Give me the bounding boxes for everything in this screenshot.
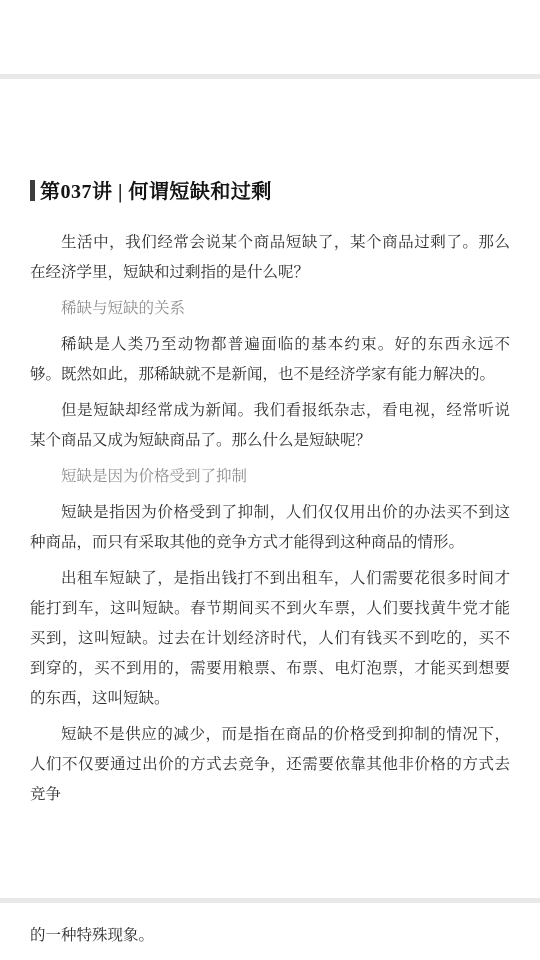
section-subheading: 短缺是因为价格受到了抑制 <box>30 462 510 492</box>
title-accent-bar <box>30 180 35 201</box>
continuation-paragraph: 的一种特殊现象。 <box>30 921 510 951</box>
body-paragraph: 短缺是指因为价格受到了抑制，人们仅仅用出价的办法买不到这种商品，而只有采取其他的… <box>30 498 510 558</box>
body-paragraph: 出租车短缺了，是指出钱打不到出租车，人们需要花很多时间才能打到车，这叫短缺。春节… <box>30 564 510 714</box>
body-paragraph: 生活中，我们经常会说某个商品短缺了，某个商品过剩了。那么在经济学里，短缺和过剩指… <box>30 228 510 288</box>
body-paragraph: 但是短缺却经常成为新闻。我们看报纸杂志，看电视，经常听说某个商品又成为短缺商品了… <box>30 396 510 456</box>
text-blocks: 生活中，我们经常会说某个商品短缺了，某个商品过剩了。那么在经济学里，短缺和过剩指… <box>30 228 510 810</box>
page-separator-top <box>0 74 540 79</box>
chapter-title: 第037讲 | 何谓短缺和过剩 <box>30 180 510 204</box>
page-separator-bottom <box>0 898 540 903</box>
section-subheading: 稀缺与短缺的关系 <box>30 294 510 324</box>
body-paragraph: 短缺不是供应的减少，而是指在商品的价格受到抑制的情况下，人们不仅要通过出价的方式… <box>30 720 510 810</box>
reader-content: 第037讲 | 何谓短缺和过剩 生活中，我们经常会说某个商品短缺了，某个商品过剩… <box>30 180 510 816</box>
reader-page[interactable]: { "page": { "background_color": "#ffffff… <box>0 0 540 960</box>
chapter-title-text: 第037讲 | 何谓短缺和过剩 <box>40 181 272 203</box>
body-paragraph: 稀缺是人类乃至动物都普遍面临的基本约束。好的东西永远不够。既然如此，那稀缺就不是… <box>30 330 510 390</box>
